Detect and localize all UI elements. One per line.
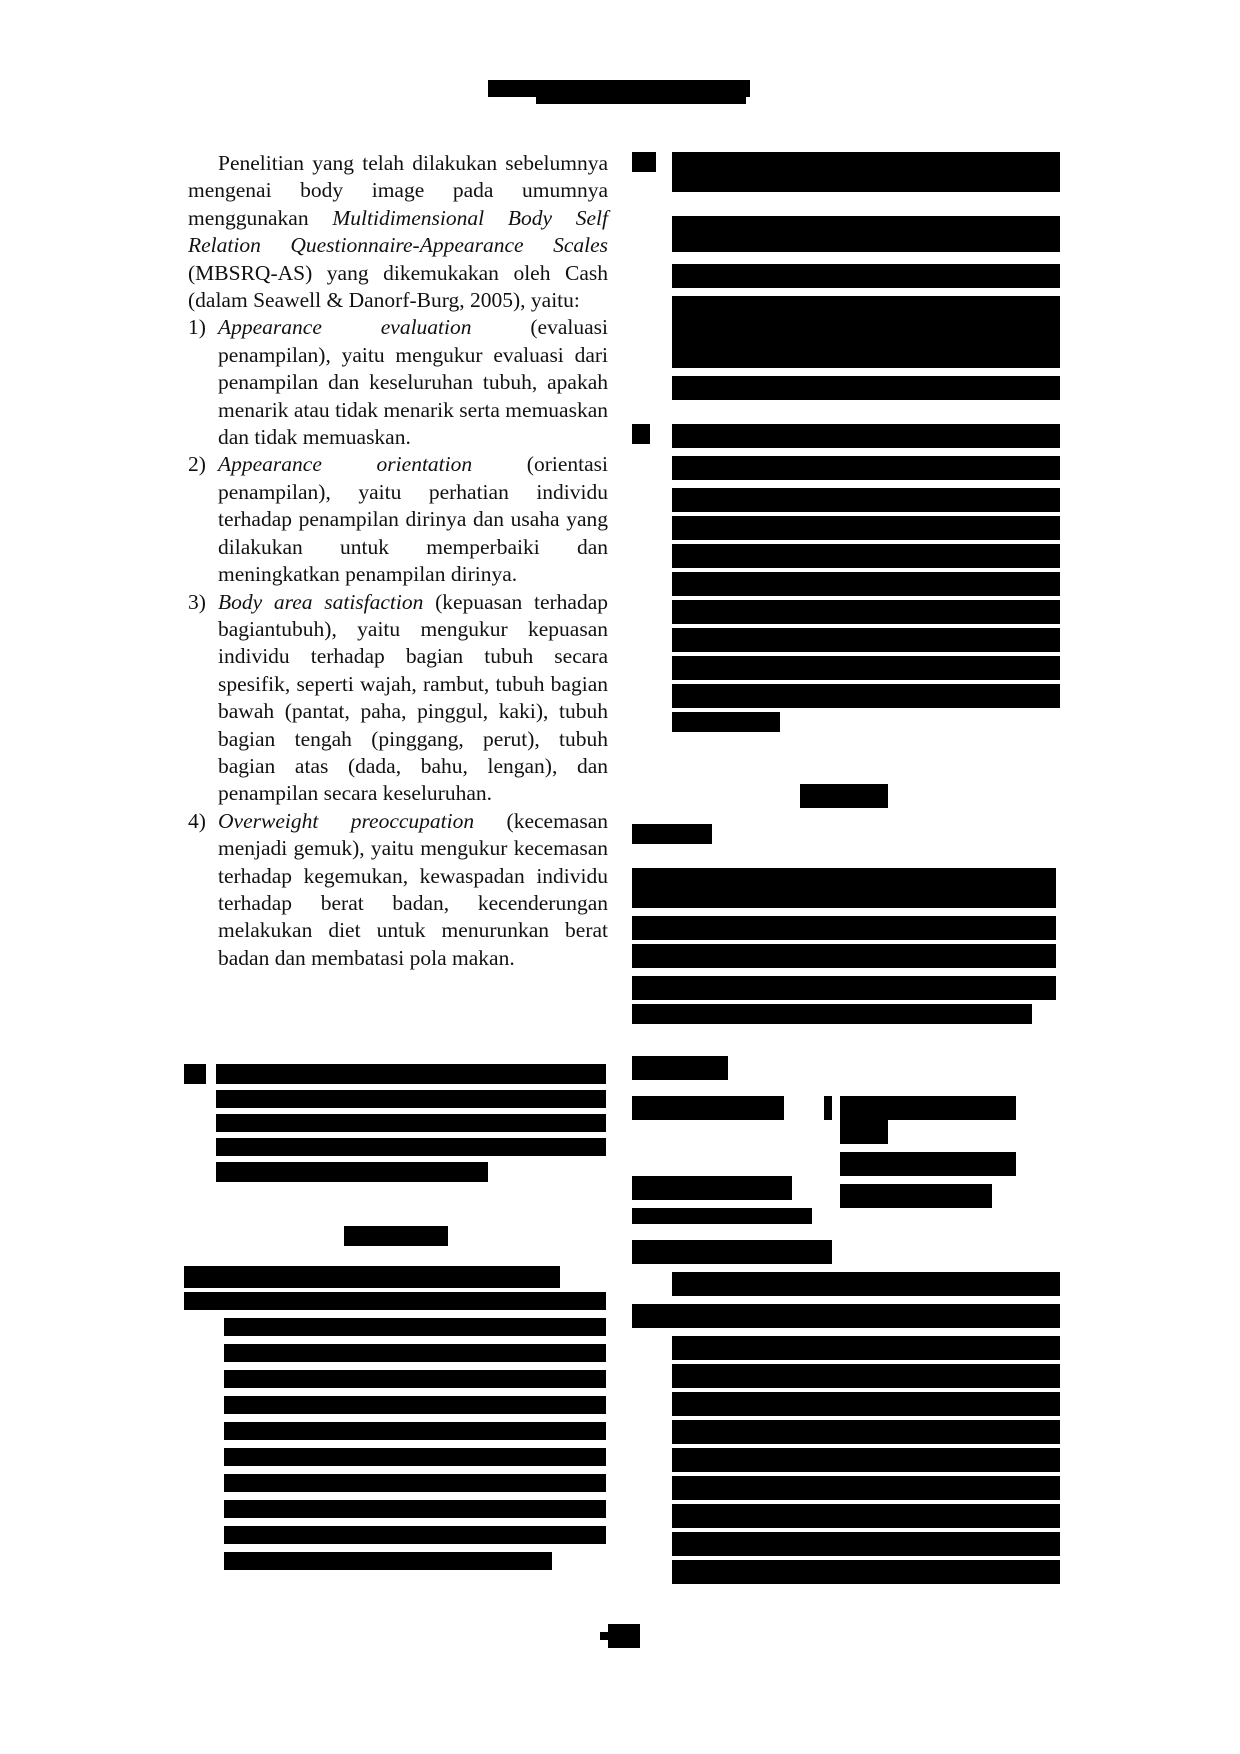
document-page: Penelitian yang telah dilakukan sebelumn… (0, 0, 1240, 1754)
subheading-redacted (632, 824, 712, 844)
section-heading-redacted (800, 784, 888, 808)
item-term: Body area satisfaction (218, 590, 423, 614)
section-heading-redacted (344, 1226, 448, 1246)
list-item: 1)Appearance evaluation (evaluasi penamp… (188, 314, 608, 451)
left-column: Penelitian yang telah dilakukan sebelumn… (188, 150, 608, 972)
dimension-list: 1)Appearance evaluation (evaluasi penamp… (188, 314, 608, 972)
intro-paragraph: Penelitian yang telah dilakukan sebelumn… (188, 150, 608, 314)
item-term: Appearance orientation (218, 452, 472, 476)
list-item: 2)Appearance orientation (orientasi pena… (188, 451, 608, 588)
item-term: Overweight preoccupation (218, 809, 474, 833)
list-item: 4)Overweight preoccupation (kecemasan me… (188, 808, 608, 972)
item-term: Appearance evaluation (218, 315, 472, 339)
list-item: 3)Body area satisfaction (kepuasan terha… (188, 589, 608, 808)
subheading-redacted (632, 1056, 728, 1080)
